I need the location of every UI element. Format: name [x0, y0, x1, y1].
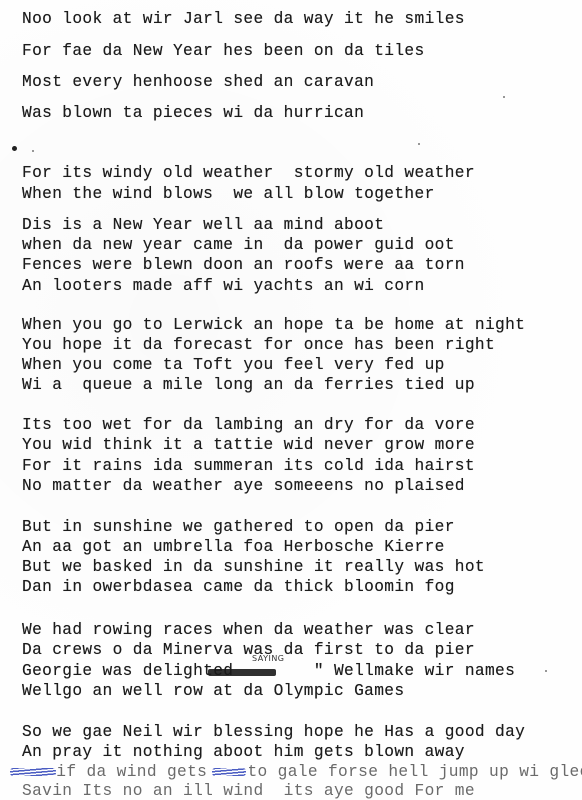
lyric-line: We had rowing races when da weather was … [22, 620, 475, 640]
lyric-line: So we gae Neil wir blessing hope he Has … [22, 722, 525, 742]
blue-ink-scribble [10, 768, 56, 776]
lyric-line: when da new year came in da power guid o… [22, 235, 455, 255]
ink-speck [503, 96, 505, 98]
lyric-line: But we basked in da sunshine it really w… [22, 557, 485, 577]
lyric-line: Wellgo an well row at da Olympic Games [22, 681, 404, 701]
lyric-line: An pray it nothing aboot him gets blown … [22, 742, 465, 762]
lyric-line: For it rains ida summeran its cold ida h… [22, 456, 475, 476]
lyric-line: if da wind gets to gale forse hell jump … [16, 762, 582, 782]
ink-speck [32, 150, 34, 152]
lyric-line: You hope it da forecast for once has bee… [22, 335, 495, 355]
lyric-line: Wi a queue a mile long an da ferries tie… [22, 375, 475, 395]
lyric-line: Dan in owerbdasea came da thick bloomin … [22, 577, 455, 597]
lyric-line: Fences were blewn doon an roofs were aa … [22, 255, 465, 275]
typewritten-page: Noo look at wir Jarl see da way it he sm… [0, 0, 582, 800]
lyric-line: An aa got an umbrella foa Herbosche Kier… [22, 537, 445, 557]
ink-speck [418, 143, 420, 145]
lyric-line: When you go to Lerwick an hope ta be hom… [22, 315, 525, 335]
lyric-line: You wid think it a tattie wid never grow… [22, 435, 475, 455]
ink-speck [545, 670, 547, 672]
lyric-line: No matter da weather aye someeens no pla… [22, 476, 465, 496]
lyric-line: Savin Its no an ill wind its aye good Fo… [22, 781, 475, 800]
lyric-line: Most every henhoose shed an caravan [22, 72, 374, 92]
chorus-line: When the wind blows we all blow together [22, 184, 435, 204]
handwritten-annotation: SAYING [252, 654, 285, 663]
lyric-line: When you come ta Toft you feel very fed … [22, 355, 445, 375]
ink-dot [12, 146, 17, 151]
lyric-line: For fae da New Year hes been on da tiles [22, 41, 425, 61]
blue-ink-scribble [212, 768, 246, 776]
lyric-line: But in sunshine we gathered to open da p… [22, 517, 455, 537]
lyric-line: Dis is a New Year well aa mind aboot [22, 215, 384, 235]
lyric-line: Da crews o da Minerva was da first to da… [22, 640, 475, 660]
chorus-line: For its windy old weather stormy old wea… [22, 163, 475, 183]
lyric-line: An looters made aff wi yachts an wi corn [22, 276, 425, 296]
lyric-line: Was blown ta pieces wi da hurrican [22, 103, 364, 123]
lyric-line: Noo look at wir Jarl see da way it he sm… [22, 9, 465, 29]
crossed-out-text [208, 669, 276, 676]
lyric-line: Its too wet for da lambing an dry for da… [22, 415, 475, 435]
